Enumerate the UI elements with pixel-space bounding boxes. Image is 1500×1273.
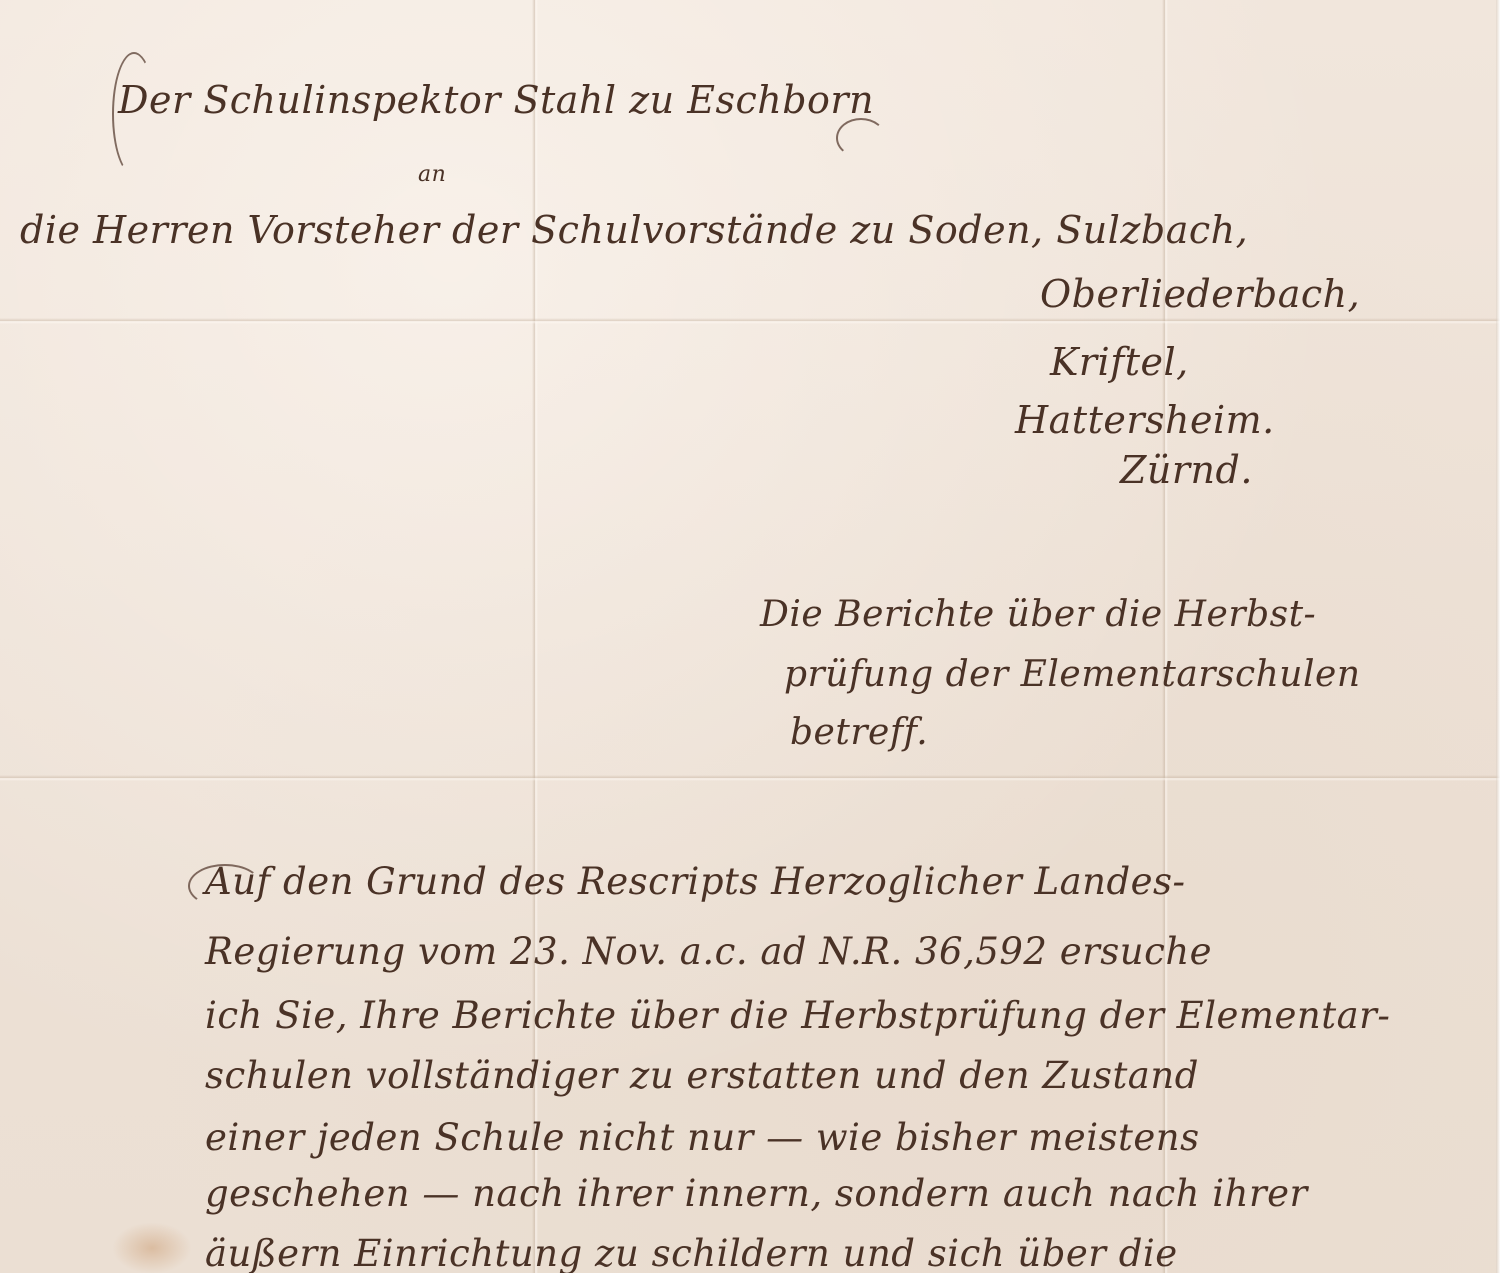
- fold-crease-horizontal-lower: [0, 775, 1500, 781]
- body-line-3: ich Sie, Ihre Berichte über die Herbstpr…: [205, 994, 1390, 1037]
- fold-crease-horizontal-upper: [0, 318, 1500, 324]
- place-2: Kriftel,: [1050, 340, 1189, 384]
- paper-edge: [1496, 0, 1500, 1273]
- recipient-line: die Herren Vorsteher der Schulvorstände …: [20, 208, 1248, 252]
- flourish-capital-e: [836, 118, 886, 158]
- body-line-1: Auf den Grund des Rescripts Herzoglicher…: [205, 860, 1186, 903]
- body-line-5: einer jeden Schule nicht nur — wie bishe…: [205, 1116, 1200, 1159]
- subject-line-2: prüfung der Elementarschulen: [784, 654, 1361, 695]
- body-line-4: schulen vollständiger zu erstatten und d…: [205, 1054, 1199, 1097]
- subject-line-1: Die Berichte über die Herbst-: [760, 594, 1316, 635]
- place-4: Zürnd.: [1120, 448, 1253, 492]
- body-line-6: geschehen — nach ihrer innern, sondern a…: [205, 1172, 1308, 1215]
- body-line-7: äußern Einrichtung zu schildern und sich…: [205, 1232, 1178, 1273]
- sender-line: Der Schulinspektor Stahl zu Eschborn: [118, 78, 874, 122]
- place-3: Hattersheim.: [1015, 398, 1275, 442]
- body-line-2: Regierung vom 23. Nov. a.c. ad N.R. 36,5…: [205, 930, 1212, 973]
- water-stain: [112, 1222, 192, 1273]
- subject-line-3: betreff.: [790, 712, 928, 753]
- place-1: Oberliederbach,: [1040, 272, 1360, 316]
- connector-an: an: [418, 162, 446, 187]
